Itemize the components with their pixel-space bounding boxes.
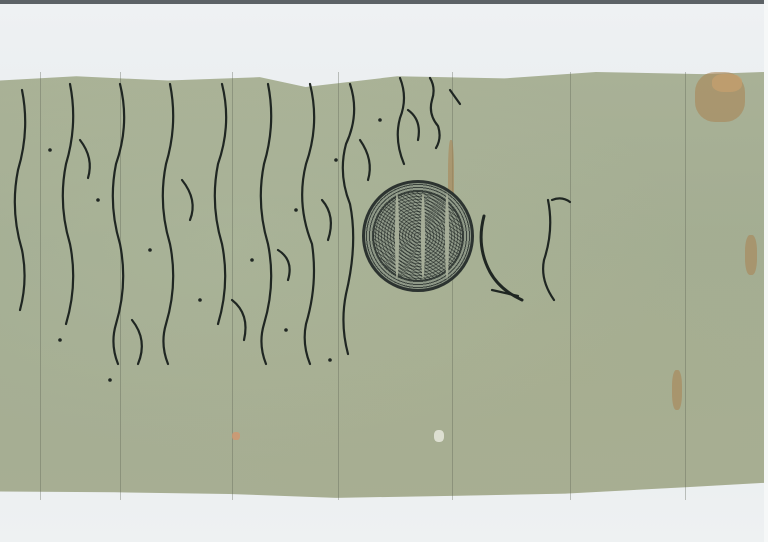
calligraphy-text [0, 0, 768, 542]
